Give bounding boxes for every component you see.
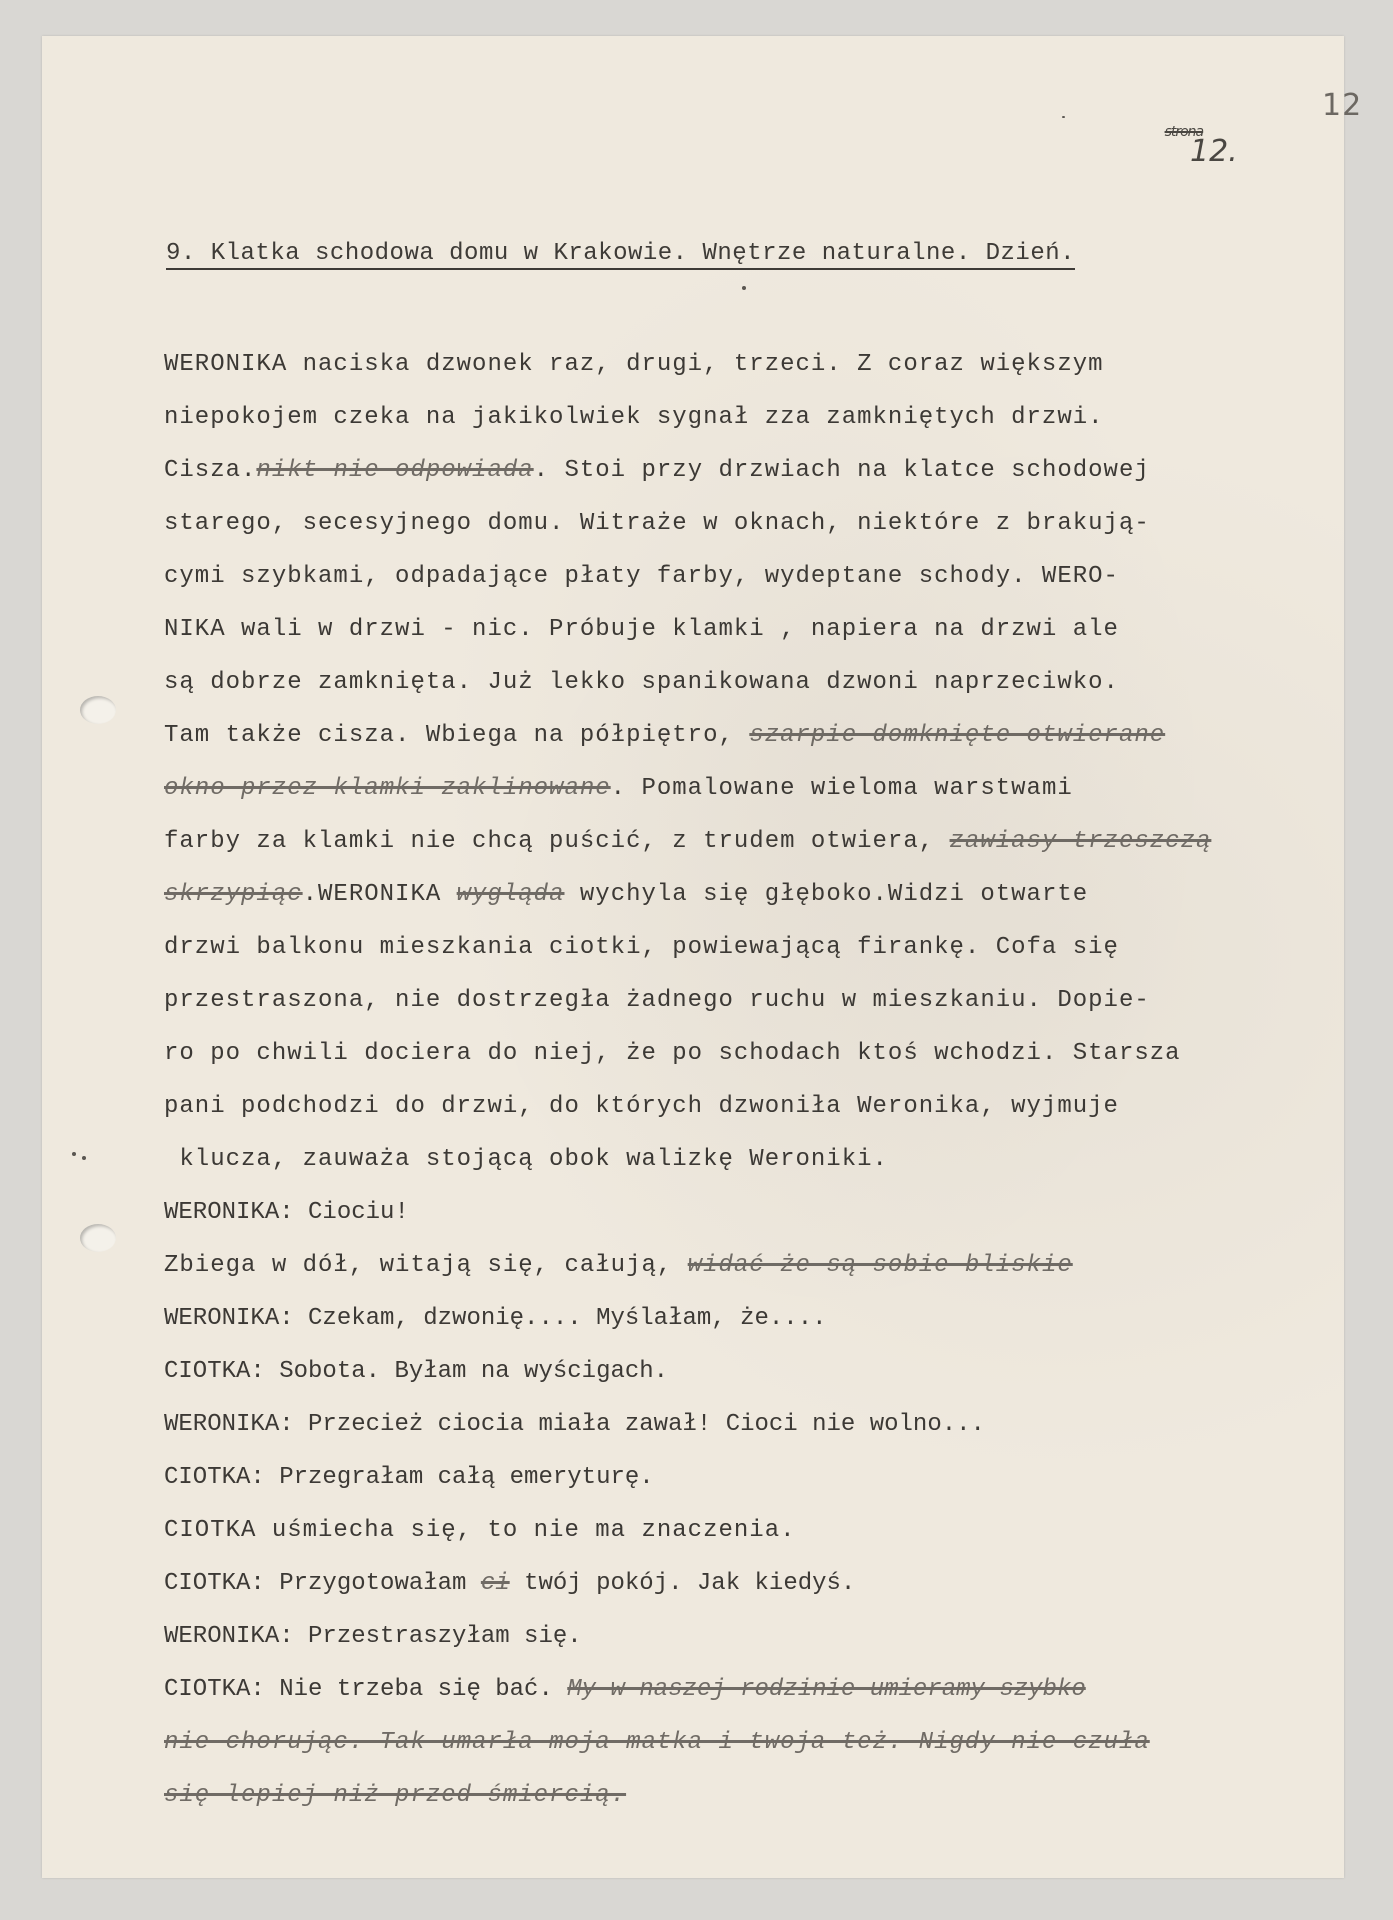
struck-text: zawiasy trzeszczą bbox=[950, 828, 1212, 855]
text-line: nie chorując. Tak umarła moja matka i tw… bbox=[164, 1723, 1284, 1776]
struck-text: wygląda bbox=[457, 881, 565, 908]
ink-speck bbox=[72, 1152, 76, 1156]
struck-text: My w naszej rodzinie umieramy szybko bbox=[567, 1676, 1085, 1703]
struck-text: szarpie domknięte otwierane bbox=[749, 722, 1165, 749]
struck-text: widać że są sobie bliskie bbox=[688, 1252, 1073, 1279]
ink-speck bbox=[1062, 116, 1065, 118]
struck-text: nikt nie odpowiada bbox=[256, 457, 533, 484]
page-number: 12. bbox=[1190, 134, 1238, 169]
typed-page-marker: strona 12. bbox=[1130, 124, 1238, 169]
text-line: WERONIKA naciska dzwonek raz, drugi, trz… bbox=[164, 345, 1284, 398]
text-line: CIOTKA uśmiecha się, to nie ma znaczenia… bbox=[164, 1511, 1284, 1564]
text-line: NIKA wali w drzwi - nic. Próbuje klamki … bbox=[164, 610, 1284, 663]
dialogue-line: CIOTKA: Sobota. Byłam na wyścigach. bbox=[164, 1352, 1284, 1405]
text-line: starego, secesyjnego domu. Witraże w okn… bbox=[164, 504, 1284, 557]
text-line: farby za klamki nie chcą puścić, z trude… bbox=[164, 822, 1284, 875]
struck-text: się lepiej niż przed śmiercią. bbox=[164, 1782, 626, 1809]
punch-hole-icon bbox=[80, 696, 116, 724]
dialogue-line: CIOTKA: Nie trzeba się bać. My w naszej … bbox=[164, 1670, 1284, 1723]
ink-speck bbox=[82, 1156, 86, 1160]
punch-hole-icon bbox=[80, 1224, 116, 1252]
struck-text: okno przez klamki zaklinowane bbox=[164, 775, 611, 802]
dialogue-line: CIOTKA: Przygotowałam ci twój pokój. Jak… bbox=[164, 1564, 1284, 1617]
dialogue-line: CIOTKA: Przegrałam całą emeryturę. bbox=[164, 1458, 1284, 1511]
text-line: przestraszona, nie dostrzegła żadnego ru… bbox=[164, 981, 1284, 1034]
struck-text: skrzypiąc bbox=[164, 881, 303, 908]
ink-speck bbox=[742, 286, 746, 290]
text-line: cymi szybkami, odpadające płaty farby, w… bbox=[164, 557, 1284, 610]
text-line: klucza, zauważa stojącą obok walizkę Wer… bbox=[164, 1140, 1284, 1193]
dialogue-line: WERONIKA: Czekam, dzwonię.... Myślałam, … bbox=[164, 1299, 1284, 1352]
dialogue-line: WERONIKA: Przestraszyłam się. bbox=[164, 1617, 1284, 1670]
text-line: drzwi balkonu mieszkania ciotki, powiewa… bbox=[164, 928, 1284, 981]
text-line: pani podchodzi do drzwi, do których dzwo… bbox=[164, 1087, 1284, 1140]
text-line: ro po chwili dociera do niej, że po scho… bbox=[164, 1034, 1284, 1087]
scene-heading: 9. Klatka schodowa domu w Krakowie. Wnęt… bbox=[166, 240, 1075, 270]
text-line: okno przez klamki zaklinowane. Pomalowan… bbox=[164, 769, 1284, 822]
text-line: niepokojem czeka na jakikolwiek sygnał z… bbox=[164, 398, 1284, 451]
text-line: Zbiega w dół, witają się, całują, widać … bbox=[164, 1246, 1284, 1299]
dialogue-line: WERONIKA: Ciociu! bbox=[164, 1193, 1284, 1246]
text-line: skrzypiąc.WERONIKA wygląda wychyla się g… bbox=[164, 875, 1284, 928]
text-line: Tam także cisza. Wbiega na półpiętro, sz… bbox=[164, 716, 1284, 769]
text-line: się lepiej niż przed śmiercią. bbox=[164, 1776, 1284, 1829]
archive-page-number: 12 bbox=[1322, 88, 1362, 123]
struck-text: ci bbox=[481, 1570, 510, 1597]
text-line: są dobrze zamknięta. Już lekko spanikowa… bbox=[164, 663, 1284, 716]
struck-text: nie chorując. Tak umarła moja matka i tw… bbox=[164, 1729, 1150, 1756]
text-line: Cisza.nikt nie odpowiada. Stoi przy drzw… bbox=[164, 451, 1284, 504]
dialogue-line: WERONIKA: Przecież ciocia miała zawał! C… bbox=[164, 1405, 1284, 1458]
script-body: WERONIKA naciska dzwonek raz, drugi, trz… bbox=[164, 345, 1284, 1829]
